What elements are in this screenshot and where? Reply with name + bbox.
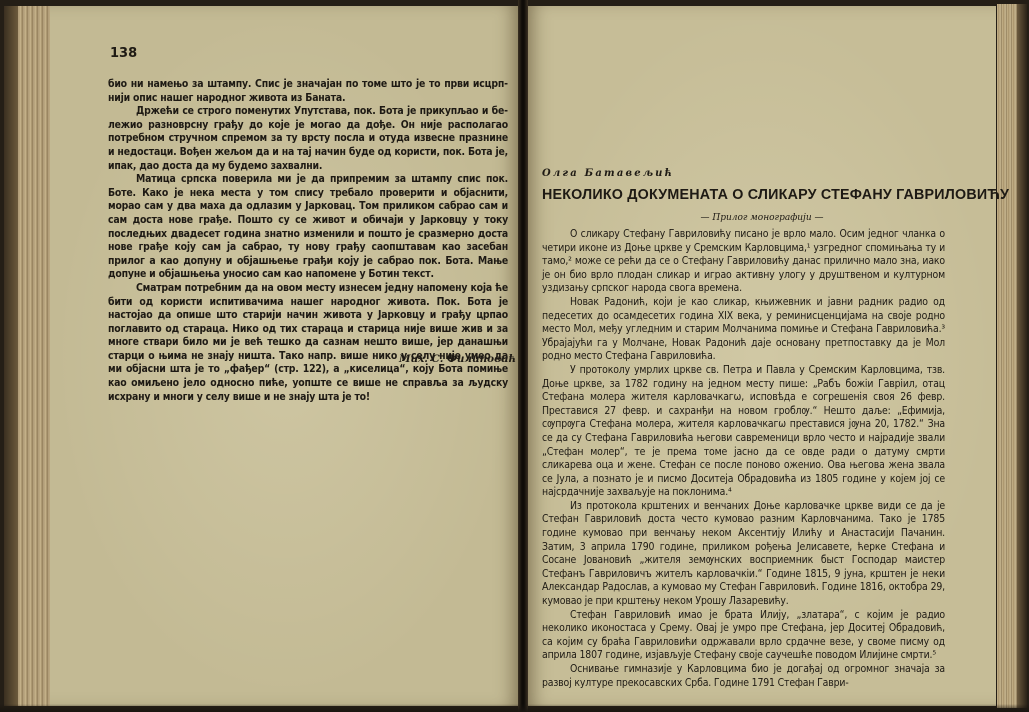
- paragraph: Држећи се строго поменутих Упутстава, по…: [108, 105, 508, 173]
- paragraph: У протоколу умрлих цркве св. Петра и Пав…: [542, 364, 945, 500]
- paragraph: био ни намењо за штампу. Спис је значаја…: [108, 78, 508, 105]
- article-title: НЕКОЛИКО ДОКУМЕНАТА О СЛИКАРУ СТЕФАНУ ГА…: [542, 187, 982, 203]
- bottom-shadow: [0, 704, 1029, 712]
- paragraph: Оснивање гимназије у Карловцима био је д…: [542, 663, 945, 690]
- author-signature: Мих. С. Филиповић: [350, 353, 516, 365]
- paragraph: О сликару Стефану Гавриловићу писано је …: [542, 228, 945, 296]
- paragraph: Новак Радонић, који је као сликар, књиже…: [542, 296, 945, 364]
- left-page: 138 био ни намењо за штампу. Спис је зна…: [50, 6, 520, 706]
- right-page: Олга Батавељић НЕКОЛИКО ДОКУМЕНАТА О СЛИ…: [526, 6, 996, 706]
- article-author: Олга Батавељић: [542, 168, 674, 179]
- paragraph: Матица српска поверила ми је да припреми…: [108, 173, 508, 282]
- paragraph: Из протокола крштених и венчаних Доње ка…: [542, 500, 945, 609]
- right-page-body: О сликару Стефану Гавриловићу писано је …: [542, 228, 945, 690]
- paragraph: Сматрам потребним да на овом месту изнес…: [108, 282, 508, 404]
- page-number: 138: [110, 46, 137, 61]
- left-page-edges: [4, 6, 54, 706]
- right-page-edges: [997, 4, 1027, 708]
- paragraph: Стефан Гавриловић имао је брата Илију, „…: [542, 609, 945, 663]
- book-spine-gutter: [518, 0, 528, 712]
- article-subtitle: — Прилог монографији —: [542, 213, 982, 223]
- open-book: 138 био ни намењо за штампу. Спис је зна…: [0, 0, 1029, 712]
